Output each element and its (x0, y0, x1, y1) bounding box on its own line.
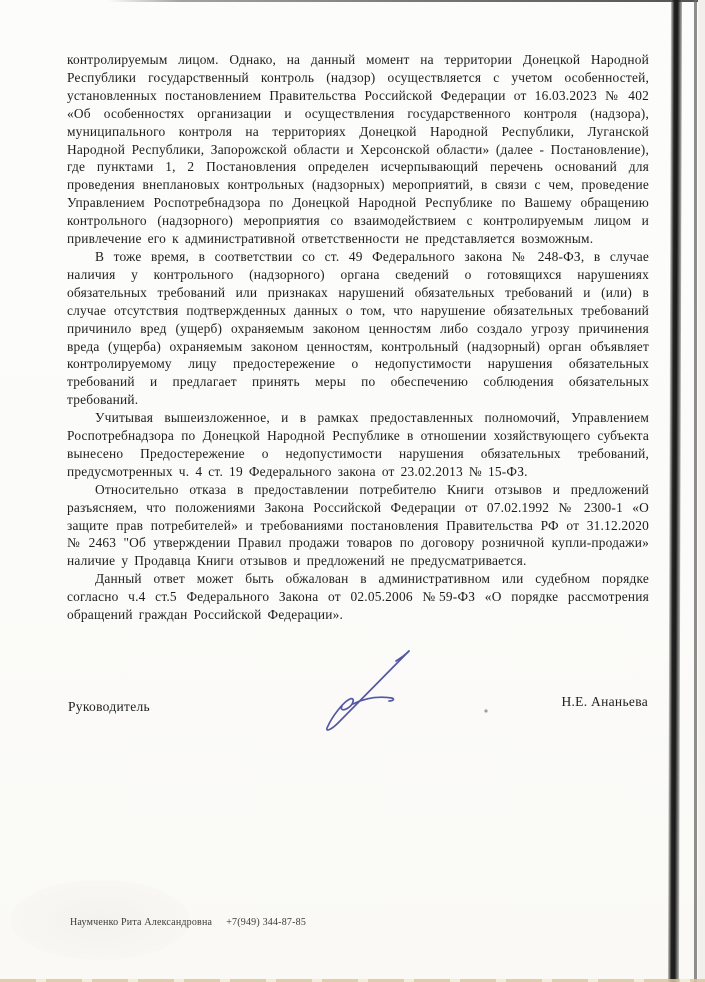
body-paragraph-4: Относительно отказа в предоставлении пот… (67, 481, 649, 571)
scan-artifact-speck (484, 709, 488, 713)
footer-contact-phone: +7(949) 344-87-85 (226, 917, 306, 928)
scan-artifact-top-edge (108, 0, 705, 2)
signer-name: Н.Е. Ананьева (561, 694, 648, 710)
body-paragraph-5: Данный ответ может быть обжалован в адми… (67, 570, 649, 624)
scan-artifact-right-strip (698, 0, 705, 982)
scanned-letter-page: контролируемым лицом. Однако, на данный … (0, 0, 705, 982)
signature-strokes (327, 651, 409, 730)
footer-contact-line: Наумченко Рита Александровна+7(949) 344-… (70, 917, 306, 928)
signer-position-label: Руководитель (68, 699, 150, 715)
body-paragraph-3: Учитывая вышеизложенное, и в рамках пред… (67, 409, 649, 481)
body-paragraph-2: В тоже время, в соответствии со ст. 49 Ф… (67, 248, 649, 409)
scan-artifact-right-dark-band (668, 0, 682, 982)
letter-body: контролируемым лицом. Однако, на данный … (67, 51, 649, 624)
handwritten-signature (295, 640, 435, 740)
body-paragraph-1: контролируемым лицом. Однако, на данный … (67, 51, 649, 248)
footer-contact-name: Наумченко Рита Александровна (70, 917, 212, 928)
scan-artifact-right-thin-line (694, 0, 697, 982)
